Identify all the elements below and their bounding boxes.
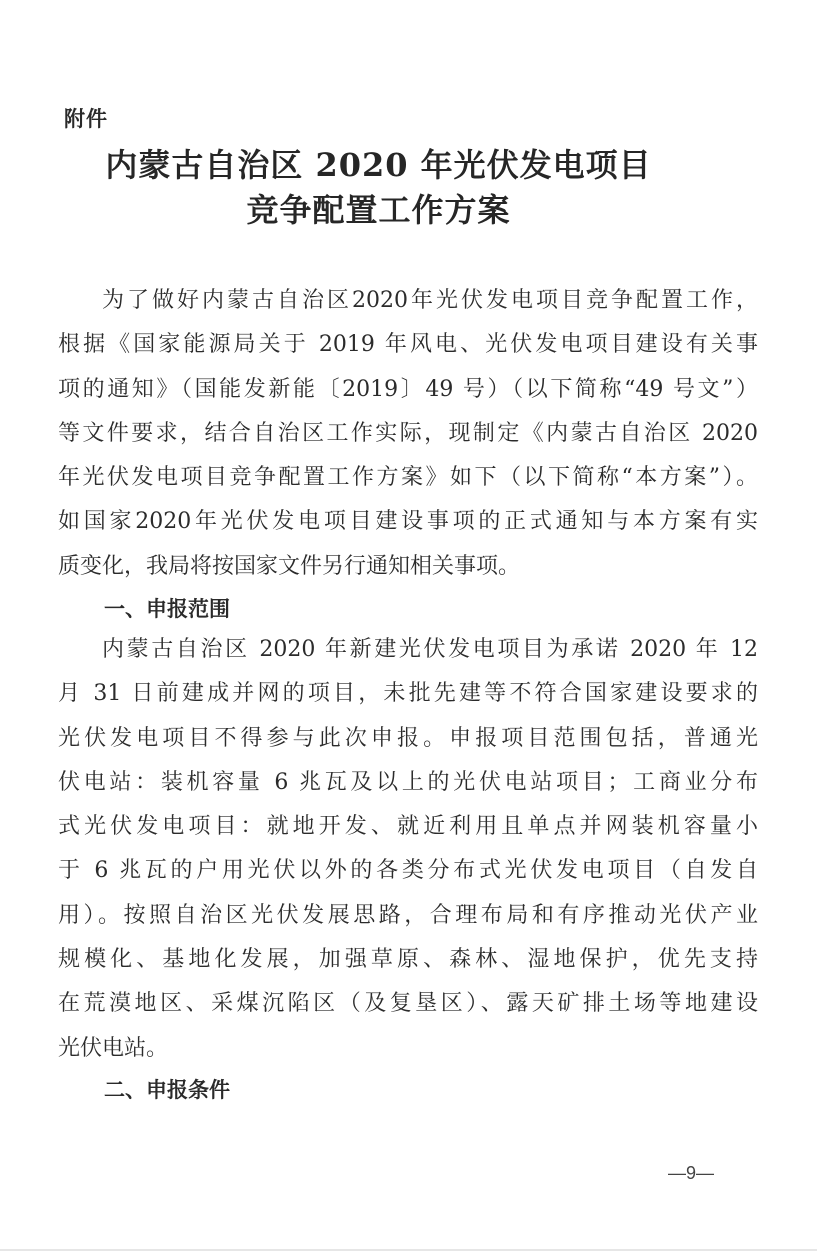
- document-title-line-2: 竞争配置工作方案: [0, 185, 787, 231]
- document-page: 附件 内蒙古自治区 2020 年光伏发电项目 竞争配置工作方案 为了做好内蒙古自…: [0, 0, 817, 1250]
- section-heading-scope: 一、申报范围: [104, 593, 230, 623]
- text-line: 月 31 日前建成并网的项目，未批先建等不符合国家建设要求的: [58, 672, 758, 716]
- text-line: 式光伏发电项目：就地开发、就近利用且单点并网装机容量小: [58, 805, 758, 849]
- text-line: 光伏电站。: [58, 1027, 758, 1071]
- text-line: 伏电站：装机容量 6 兆瓦及以上的光伏电站项目；工商业分布: [58, 761, 758, 805]
- section-1-paragraph: 内蒙古自治区 2020 年新建光伏发电项目为承诺 2020 年 12 月 31 …: [58, 628, 758, 1071]
- text-line: 于 6 兆瓦的户用光伏以外的各类分布式光伏发电项目（自发自: [58, 849, 758, 893]
- text-line: 根据《国家能源局关于 2019 年风电、光伏发电项目建设有关事: [58, 323, 758, 367]
- text-line: 在荒漠地区、采煤沉陷区（及复垦区）、露天矿排土场等地建设: [58, 982, 758, 1026]
- text-line: 年光伏发电项目竞争配置工作方案》如下（以下简称“本方案”）。: [58, 456, 758, 500]
- text-line: 项的通知》（国能发新能〔2019〕49 号）（以下简称“49 号文”）: [58, 368, 758, 412]
- text-line: 等文件要求，结合自治区工作实际，现制定《内蒙古自治区 2020: [58, 412, 758, 456]
- attachment-label: 附件: [64, 103, 108, 133]
- text-line: 规模化、基地化发展，加强草原、森林、湿地保护，优先支持: [58, 938, 758, 982]
- page-number: —9—: [668, 1163, 714, 1184]
- intro-paragraph: 为了做好内蒙古自治区2020年光伏发电项目竞争配置工作， 根据《国家能源局关于 …: [58, 279, 758, 589]
- text-line: 质变化，我局将按国家文件另行通知相关事项。: [58, 545, 758, 589]
- section-heading-conditions: 二、申报条件: [104, 1074, 230, 1104]
- text-line: 为了做好内蒙古自治区2020年光伏发电项目竞争配置工作，: [58, 279, 758, 323]
- document-title-line-1: 内蒙古自治区 2020 年光伏发电项目: [0, 140, 787, 186]
- text-line: 光伏发电项目不得参与此次申报。申报项目范围包括，普通光: [58, 717, 758, 761]
- text-line: 内蒙古自治区 2020 年新建光伏发电项目为承诺 2020 年 12: [58, 628, 758, 672]
- text-line: 用）。按照自治区光伏发展思路，合理布局和有序推动光伏产业: [58, 894, 758, 938]
- text-line: 如国家2020年光伏发电项目建设事项的正式通知与本方案有实: [58, 500, 758, 544]
